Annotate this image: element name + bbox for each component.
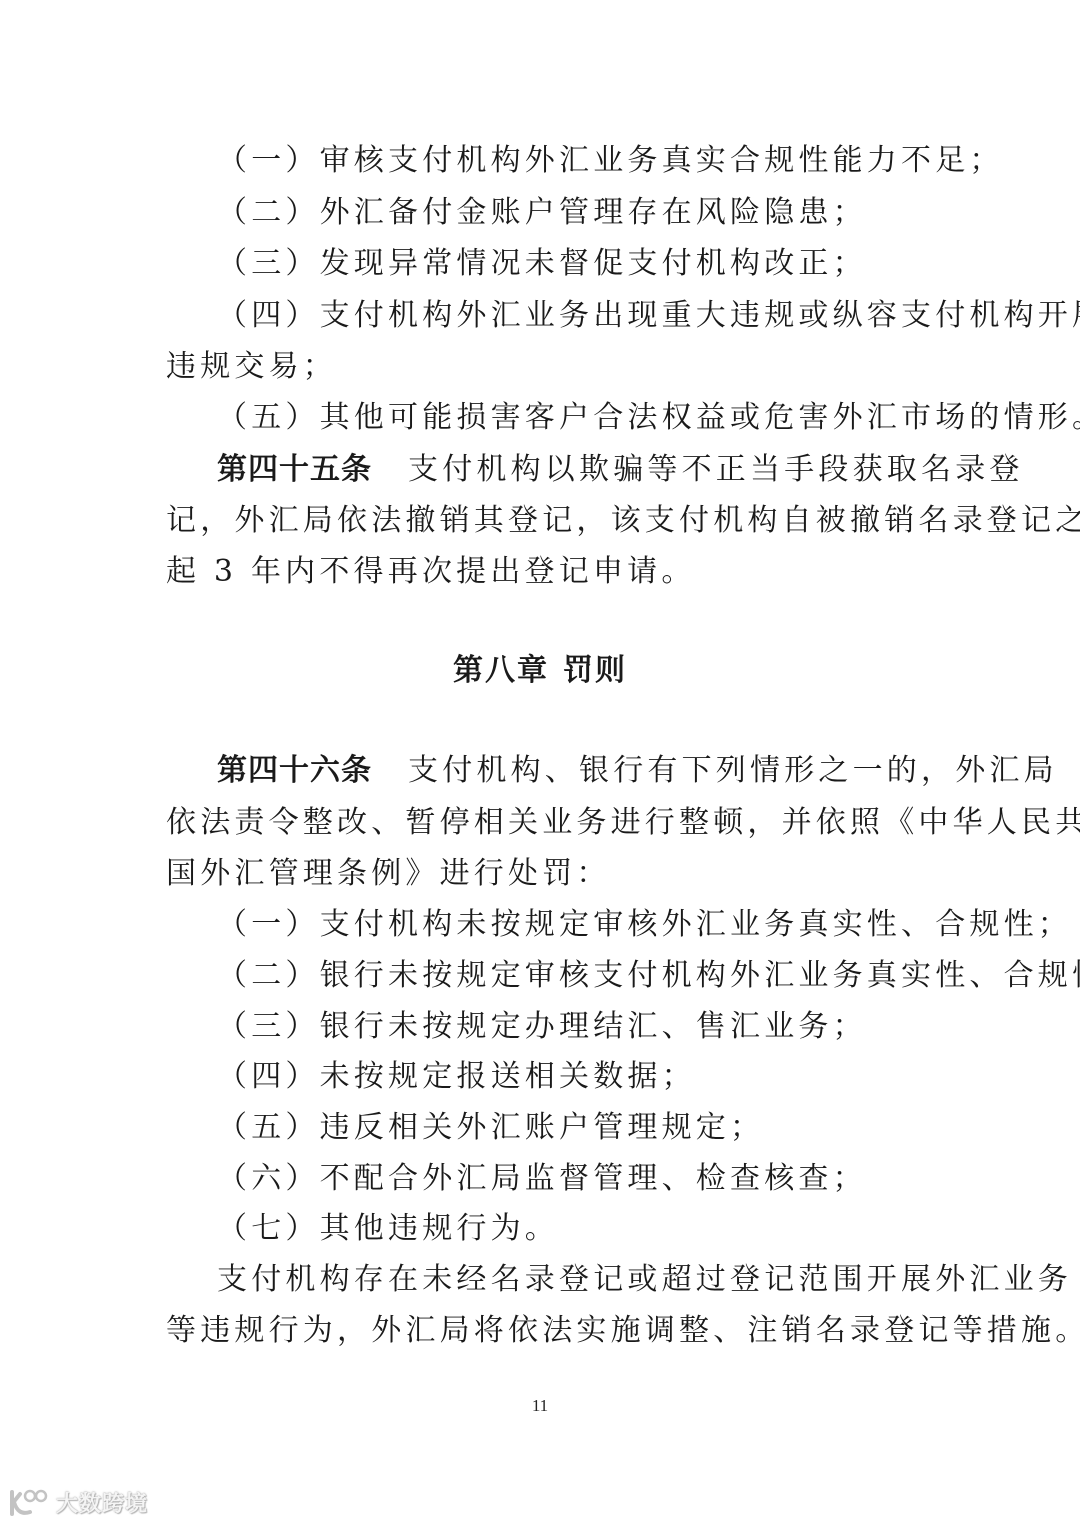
article-46-item-1: （一）支付机构未按规定审核外汇业务真实性、合规性；	[217, 905, 1072, 945]
list-item-1: （一）审核支付机构外汇业务真实合规性能力不足；	[217, 141, 1004, 181]
article-46-line-2: 依法责令整改、暂停相关业务进行整顿，并依照《中华人民共和	[166, 803, 1080, 843]
list-item-2: （二）外汇备付金账户管理存在风险隐患；	[217, 193, 867, 233]
chapter-title: 罚则	[563, 653, 627, 688]
article-46-text: 支付机构、银行有下列情形之一的，外汇局	[408, 753, 1058, 788]
article-45-line-3: 起 3 年内不得再次提出登记申请。	[166, 552, 696, 592]
article-46-item-7: （七）其他违规行为。	[217, 1209, 559, 1249]
article-46-label: 第四十六条	[217, 753, 372, 788]
closing-paragraph-line-1: 支付机构存在未经名录登记或超过登记范围开展外汇业务	[217, 1260, 1072, 1300]
article-46-item-4: （四）未按规定报送相关数据；	[217, 1057, 696, 1097]
watermark-text: 大数跨境	[56, 1487, 148, 1518]
chapter-heading: 第八章罚则	[0, 651, 1080, 691]
article-46-item-5: （五）违反相关外汇账户管理规定；	[217, 1108, 764, 1148]
article-45-line-2: 记，外汇局依法撤销其登记，该支付机构自被撤销名录登记之日	[166, 501, 1080, 541]
article-46-item-2: （二）银行未按规定审核支付机构外汇业务真实性、合规性；	[217, 956, 1080, 996]
page-number: 11	[0, 1396, 1080, 1416]
list-item-3: （三）发现异常情况未督促支付机构改正；	[217, 244, 867, 284]
closing-paragraph-line-2: 等违规行为，外汇局将依法实施调整、注销名录登记等措施。	[166, 1311, 1080, 1351]
chapter-number: 第八章	[453, 653, 549, 688]
koo-logo-icon	[8, 1488, 52, 1518]
article-46-item-6: （六）不配合外汇局监督管理、检查核查；	[217, 1159, 867, 1199]
list-item-4-continued: 违规交易；	[166, 347, 337, 387]
list-item-5: （五）其他可能损害客户合法权益或危害外汇市场的情形。	[217, 398, 1080, 438]
document-page: （一）审核支付机构外汇业务真实合规性能力不足； （二）外汇备付金账户管理存在风险…	[0, 0, 1080, 1527]
article-45-label: 第四十五条	[217, 452, 372, 487]
article-46-item-3: （三）银行未按规定办理结汇、售汇业务；	[217, 1007, 867, 1047]
watermark: 大数跨境	[8, 1487, 148, 1518]
article-45-line-1: 第四十五条支付机构以欺骗等不正当手段获取名录登	[217, 450, 1024, 490]
article-46-line-3: 国外汇管理条例》进行处罚：	[166, 854, 611, 894]
article-46-line-1: 第四十六条支付机构、银行有下列情形之一的，外汇局	[217, 751, 1058, 791]
list-item-4: （四）支付机构外汇业务出现重大违规或纵容支付机构开展	[217, 296, 1080, 336]
article-45-text: 支付机构以欺骗等不正当手段获取名录登	[408, 452, 1024, 487]
